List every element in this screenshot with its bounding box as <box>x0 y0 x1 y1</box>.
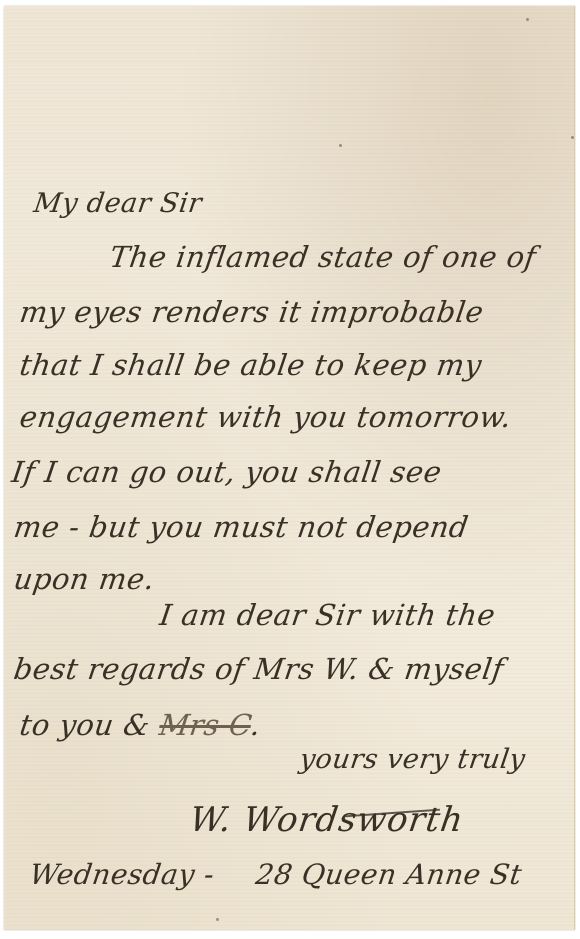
body-line-9: best regards of Mrs W. & myself <box>12 652 506 686</box>
body-line-4: engagement with you tomorrow. <box>18 400 514 434</box>
body-line-6: me - but you must not depend <box>12 510 471 544</box>
body-line-10: to you & Mrs C. <box>18 708 263 742</box>
address: 28 Queen Anne St <box>254 858 524 891</box>
body-line-5: If I can go out, you shall see <box>10 455 444 489</box>
signature: W. Wordsworth <box>187 800 466 840</box>
paper-speck <box>526 18 529 21</box>
body-line-1: The inflamed state of one of <box>108 240 539 274</box>
paper-speck <box>571 136 574 139</box>
body-line-2: my eyes renders it improbable <box>18 295 486 329</box>
struck-through-word: Mrs C <box>157 708 253 742</box>
salutation: My dear Sir <box>32 188 204 219</box>
paper-speck <box>216 918 219 921</box>
dateline: Wednesday - <box>28 858 217 891</box>
body-line-8: I am dear Sir with the <box>158 598 498 632</box>
body-line-7: upon me. <box>12 562 157 596</box>
closing: yours very truly <box>298 744 528 775</box>
paper-speck <box>339 144 342 147</box>
body-line-3: that I shall be able to keep my <box>18 348 484 382</box>
body-line-10-text: to you & <box>18 708 153 742</box>
